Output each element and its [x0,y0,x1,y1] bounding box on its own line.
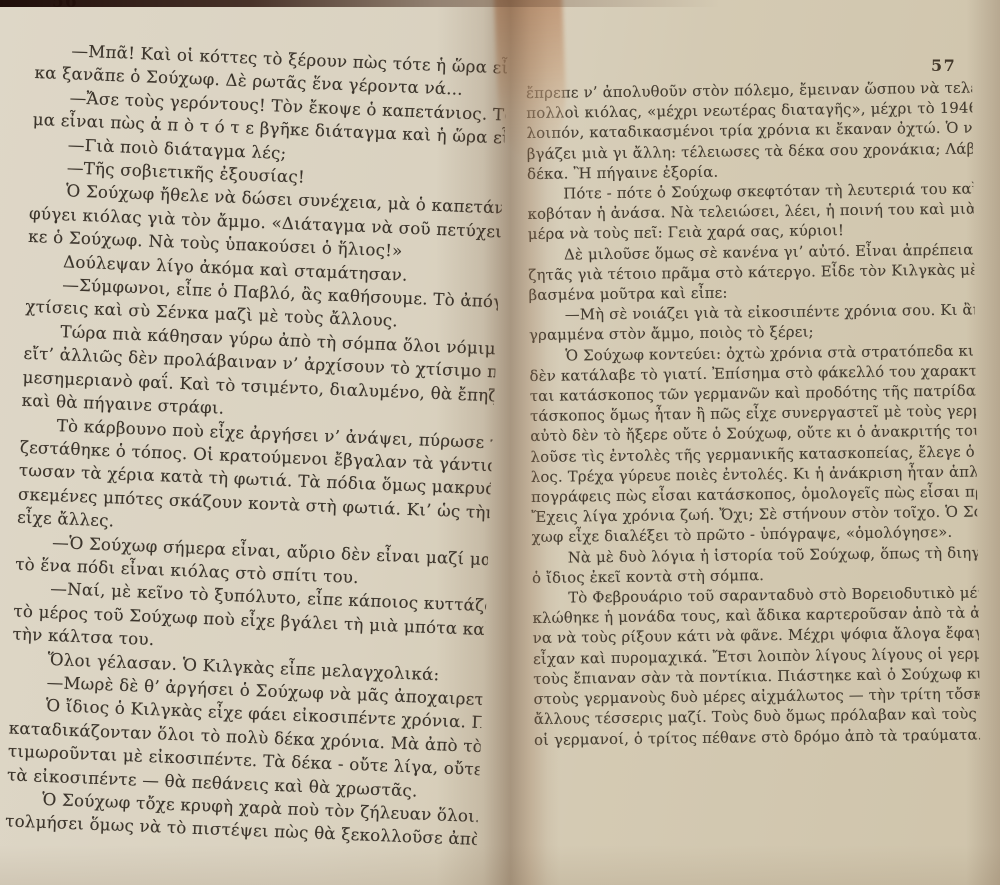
background-edge [0,0,1000,7]
book-photo: 56 —Μπᾶ! Καὶ οἱ κόττες τὸ ξέρουν πὼς τότ… [0,0,1000,885]
page-left-text: —Μπᾶ! Καὶ οἱ κόττες τὸ ξέρουν πὼς τότε ἡ… [4,38,508,868]
page-right-text: ἔπρεπε ν’ ἀπολυθοῦν στὸν πόλεμο, ἔμειναν… [526,79,980,774]
page-number-left: 56 [52,0,78,12]
page-number-right: 57 [931,56,956,75]
